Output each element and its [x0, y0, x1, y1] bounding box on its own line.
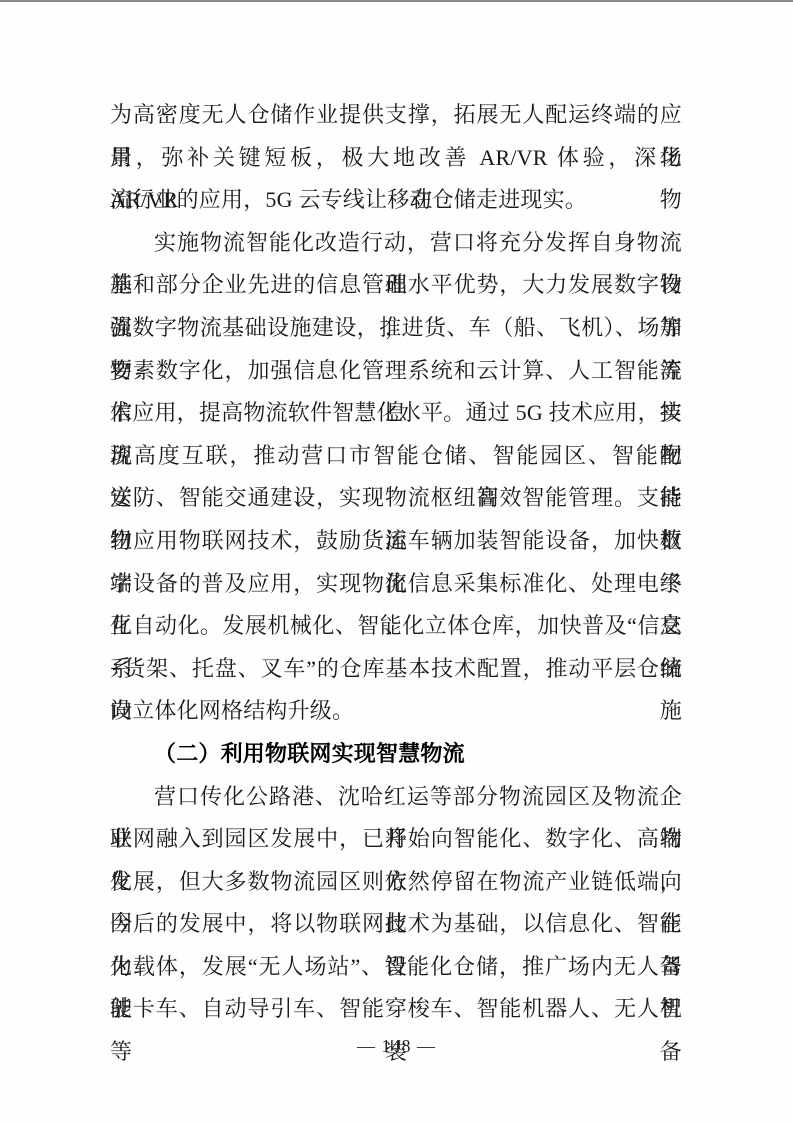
text-line: 互自动化。发展机械化、智能化立体仓库，加快普及“信息系统 [110, 605, 682, 648]
text-line: 安防、智能交通建设，实现物流枢纽高效智能管理。支持物流枢 [110, 477, 682, 520]
text-line: 强数字物流基础设施建设，推进货、车（船、飞机）、场等物流 [110, 307, 682, 350]
page-number: — 148 — [357, 1036, 436, 1056]
text-line: 景，弥补关键短板，极大地改善 AR/VR 体验，深化 AR/VR 在物 [110, 137, 682, 180]
text-line: 为高密度无人仓储作业提供支撑，拓展无人配运终端的应用场 [110, 94, 682, 137]
page-footer: — 148 — [0, 1033, 793, 1059]
text-line: 要素数字化，加强信息化管理系统和云计算、人工智能等信息技 [110, 350, 682, 393]
text-line: 为载体，发展“无人场站”、智能化仓储，推广场内无人驾驶智 [110, 946, 682, 989]
text-line: 实施物流智能化改造行动，营口将充分发挥自身物流基础设 [110, 222, 682, 265]
text-line: 纽应用物联网技术，鼓励货运车辆加装智能设备，加快数字化终 [110, 520, 682, 563]
text-line: 端设备的普及应用，实现物流信息采集标准化、处理电子化、交 [110, 563, 682, 606]
text-line: +货架、托盘、叉车”的仓库基本技术配置，推动平层仓储设施 [110, 648, 682, 691]
text-line: 能卡车、自动导引车、智能穿梭车、智能机器人、无人机等装备 [110, 988, 682, 1031]
text-line: 术应用，提高物流软件智慧化水平。通过 5G 技术应用，实现物 [110, 392, 682, 435]
text-line: 施和部分企业先进的信息管理水平优势，大力发展数字物流，加 [110, 264, 682, 307]
text-line: 发展，但大多数物流园区则依然停留在物流产业链低端，因此在 [110, 861, 682, 904]
text-line: 联网融入到园区发展中，已开始向智能化、数字化、高端化方向 [110, 818, 682, 861]
text-line: 流高度互联，推动营口市智能仓储、智能园区、智能配送、智能 [110, 435, 682, 478]
section-heading: （二）利用物联网实现智慧物流 [110, 733, 682, 776]
document-page: 为高密度无人仓储作业提供支撑，拓展无人配运终端的应用场景，弥补关键短板，极大地改… [0, 0, 793, 1122]
text-line: 今后的发展中，将以物联网技术为基础，以信息化、智能化设备 [110, 903, 682, 946]
text-line: 营口传化公路港、沈哈红运等部分物流园区及物流企业将物 [110, 776, 682, 819]
text-column: 为高密度无人仓储作业提供支撑，拓展无人配运终端的应用场景，弥补关键短板，极大地改… [110, 94, 682, 1031]
scan-edge-line [0, 0, 793, 2]
